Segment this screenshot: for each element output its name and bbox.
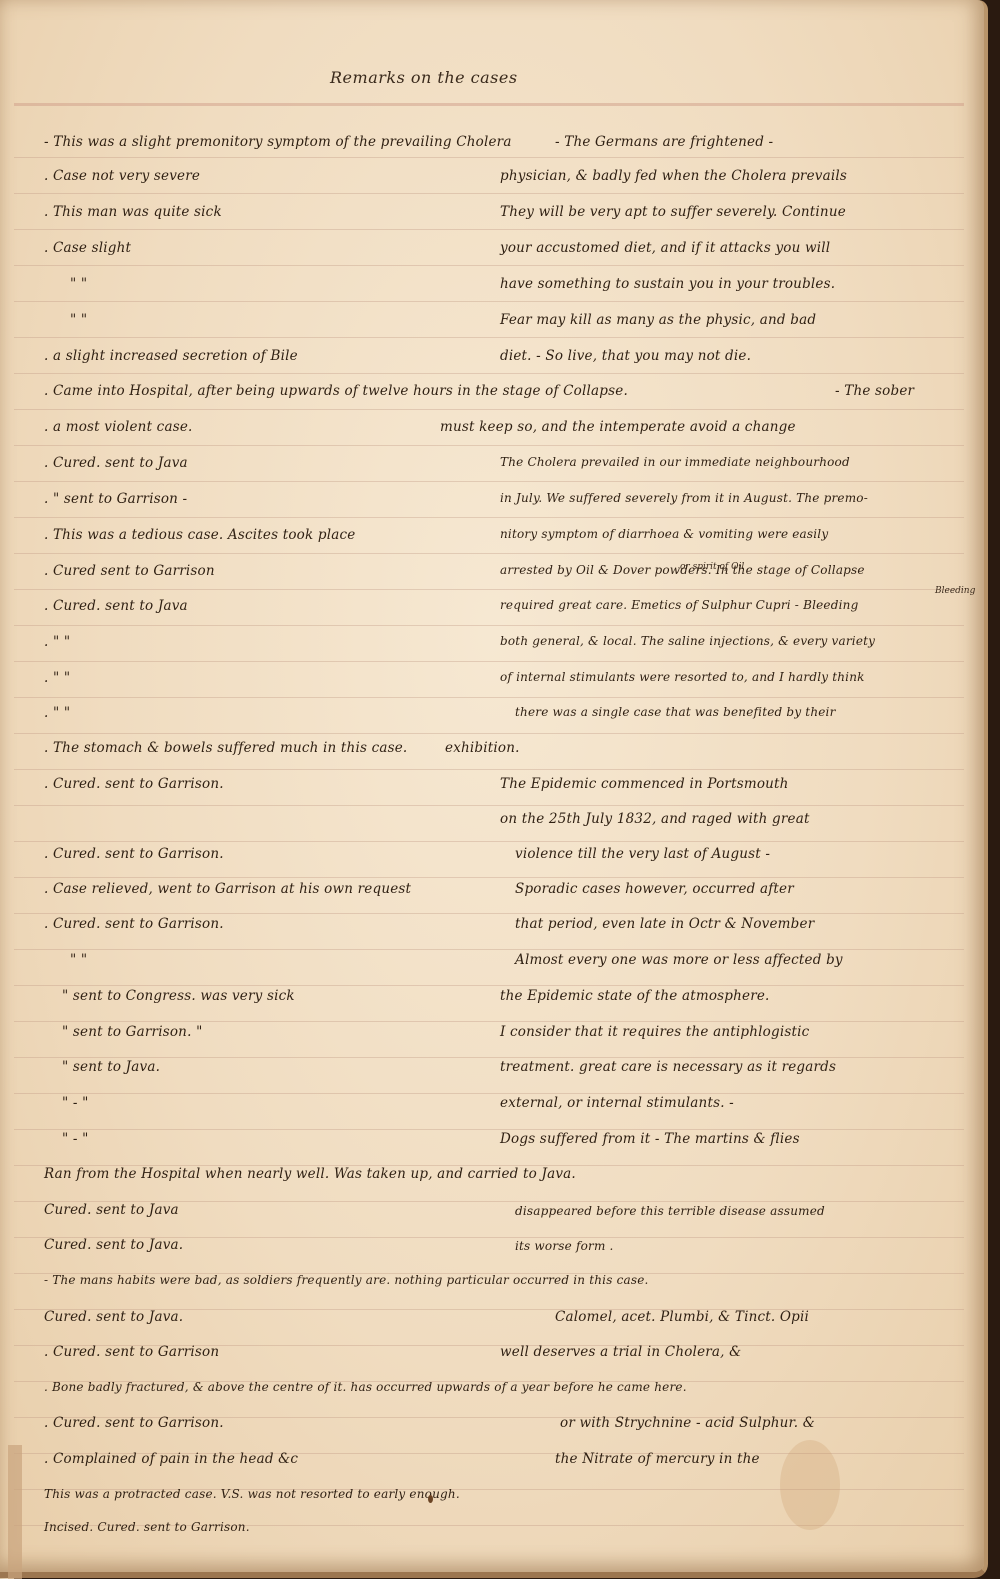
general-remark: diet. - So live, that you may not die. (500, 348, 751, 364)
general-remark: or with Strychnine - acid Sulphur. & (560, 1415, 815, 1431)
ruled-line (14, 481, 964, 482)
ruled-line (14, 1057, 964, 1058)
general-remark: violence till the very last of August - (515, 846, 770, 862)
general-remark: The Cholera prevailed in our immediate n… (500, 455, 850, 469)
case-remark: Ran from the Hospital when nearly well. … (44, 1166, 576, 1182)
general-remark: both general, & local. The saline inject… (500, 634, 875, 648)
ruled-line (14, 805, 964, 806)
ruled-line (14, 445, 964, 446)
ditto-marks: " - " (62, 1095, 89, 1111)
ruled-line (14, 841, 964, 842)
case-remark: Cured. sent to Java. (44, 1309, 183, 1325)
general-remark: there was a single case that was benefit… (515, 705, 836, 719)
case-remark: . This man was quite sick (44, 204, 222, 220)
ruled-line (14, 661, 964, 662)
case-remark: . Cured. sent to Java (44, 455, 188, 471)
case-remark: . Cured. sent to Garrison. (44, 916, 224, 932)
case-remark: - This was a slight premonitory symptom … (44, 134, 512, 150)
general-remark: nitory symptom of diarrhoea & vomiting w… (500, 527, 828, 541)
general-remark: required great care. Emetics of Sulphur … (500, 598, 858, 612)
case-remark: . This was a tedious case. Ascites took … (44, 527, 355, 543)
case-remark: . Cured sent to Garrison (44, 563, 215, 579)
header-rule (14, 103, 964, 106)
ruled-line (14, 697, 964, 698)
ditto-marks: . " " (44, 634, 70, 650)
general-remark: - The sober (835, 383, 914, 399)
ruled-line (14, 949, 964, 950)
general-remark: Fear may kill as many as the physic, and… (500, 312, 816, 328)
case-remark: . a slight increased secretion of Bile (44, 348, 298, 364)
case-remark: " sent to Congress. was very sick (62, 988, 295, 1004)
case-remark: This was a protracted case. V.S. was not… (44, 1487, 460, 1501)
general-remark: your accustomed diet, and if it attacks … (500, 240, 830, 256)
case-remark: . Came into Hospital, after being upward… (44, 383, 628, 399)
ditto-marks: . " " (44, 705, 70, 721)
case-remark: " sent to Garrison. " (62, 1024, 202, 1040)
general-remark: Dogs suffered from it - The martins & fl… (500, 1131, 800, 1147)
ruled-line (14, 589, 964, 590)
ditto-marks: " " (70, 312, 87, 328)
ruled-line (14, 625, 964, 626)
case-remark: . The stomach & bowels suffered much in … (44, 740, 407, 756)
general-remark: They will be very apt to suffer severely… (500, 204, 846, 220)
manuscript-page: Remarks on the cases - This was a slight… (0, 0, 988, 1578)
ruled-line (14, 769, 964, 770)
ruled-line (14, 337, 964, 338)
general-remark: must keep so, and the intemperate avoid … (440, 419, 796, 435)
ruled-line (14, 373, 964, 374)
case-remark: . Complained of pain in the head &c (44, 1451, 298, 1467)
case-remark: . Case relieved, went to Garrison at his… (44, 881, 411, 897)
general-remark: external, or internal stimulants. - (500, 1095, 734, 1111)
case-remark: Incised. Cured. sent to Garrison. (44, 1520, 250, 1534)
ruled-line (14, 553, 964, 554)
ruled-line (14, 517, 964, 518)
general-remark: - The Germans are frightened - (555, 134, 773, 150)
ditto-marks: " " (70, 276, 87, 292)
case-remark: . Cured. sent to Garrison. (44, 776, 224, 792)
binding-strip (8, 1445, 22, 1579)
ditto-marks: . " " (44, 670, 70, 686)
general-remark: physician, & badly fed when the Cholera … (500, 168, 847, 184)
case-remark: . Cured. sent to Garrison. (44, 1415, 224, 1431)
ruled-line (14, 229, 964, 230)
ruled-line (14, 409, 964, 410)
case-remark: Cured. sent to Java (44, 1202, 179, 1218)
interlinear-note: or spirit of Oil (680, 562, 744, 572)
general-remark: in July. We suffered severely from it in… (500, 491, 868, 505)
ink-spot (428, 1495, 433, 1503)
page-title: Remarks on the cases (330, 68, 630, 87)
interlinear-note: Bleeding (935, 586, 975, 596)
case-remark: Cured. sent to Java. (44, 1237, 183, 1253)
case-remark: " sent to Java. (62, 1059, 160, 1075)
general-remark: well deserves a trial in Cholera, & (500, 1344, 741, 1360)
general-remark: the Nitrate of mercury in the (555, 1451, 760, 1467)
case-remark: . Case slight (44, 240, 131, 256)
case-remark: . " sent to Garrison - (44, 491, 187, 507)
general-remark: Calomel, acet. Plumbi, & Tinct. Opii (555, 1309, 809, 1325)
ruled-line (14, 193, 964, 194)
case-remark: . Bone badly fractured, & above the cent… (44, 1380, 687, 1394)
ruled-line (14, 301, 964, 302)
general-remark: The Epidemic commenced in Portsmouth (500, 776, 789, 792)
ruled-line (14, 1129, 964, 1130)
paper-stain (780, 1440, 840, 1530)
general-remark: that period, even late in Octr & Novembe… (515, 916, 814, 932)
ruled-line (14, 877, 964, 878)
general-remark: exhibition. (445, 740, 520, 756)
case-remark: . Cured. sent to Java (44, 598, 188, 614)
ruled-line (14, 265, 964, 266)
general-remark: its worse form . (515, 1239, 614, 1253)
general-remark: the Epidemic state of the atmosphere. (500, 988, 770, 1004)
ruled-line (14, 1021, 964, 1022)
case-remark: . a most violent case. (44, 419, 193, 435)
general-remark: disappeared before this terrible disease… (515, 1204, 825, 1218)
general-remark: of internal stimulants were resorted to,… (500, 670, 865, 684)
general-remark: Almost every one was more or less affect… (515, 952, 843, 968)
ruled-line (14, 733, 964, 734)
general-remark: Sporadic cases however, occurred after (515, 881, 794, 897)
case-remark: . Cured. sent to Garrison (44, 1344, 219, 1360)
case-remark: . Cured. sent to Garrison. (44, 846, 224, 862)
general-remark: treatment. great care is necessary as it… (500, 1059, 836, 1075)
general-remark: on the 25th July 1832, and raged with gr… (500, 811, 810, 827)
general-remark: have something to sustain you in your tr… (500, 276, 835, 292)
case-remark: . Case not very severe (44, 168, 200, 184)
ruled-line (14, 157, 964, 158)
ditto-marks: " " (70, 952, 87, 968)
ruled-line (14, 985, 964, 986)
case-remark: - The mans habits were bad, as soldiers … (44, 1273, 649, 1287)
ditto-marks: " - " (62, 1131, 89, 1147)
ruled-line (14, 913, 964, 914)
ruled-line (14, 1093, 964, 1094)
general-remark: I consider that it requires the antiphlo… (500, 1024, 809, 1040)
